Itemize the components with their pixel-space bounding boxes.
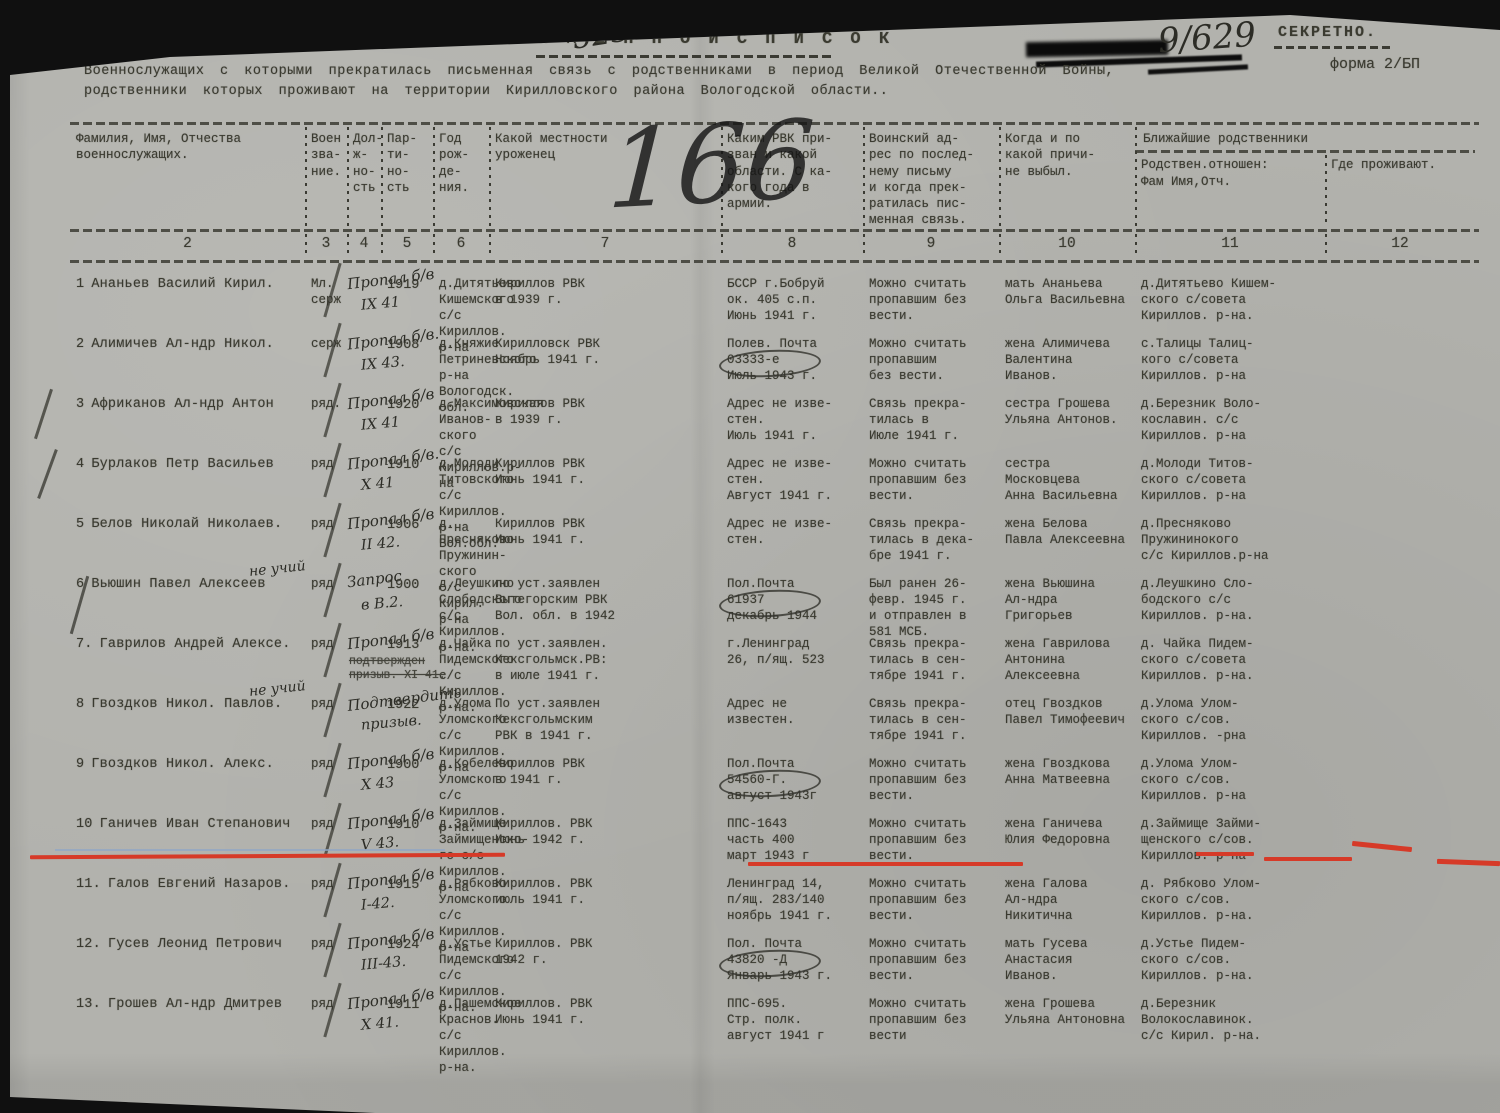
red-underline-mark [1196, 852, 1254, 856]
document-subtitle: Военнослужащих с которыми прекратилась п… [84, 62, 1114, 101]
table-rule [70, 260, 1479, 263]
row-number: 9 [76, 757, 84, 772]
crossed-out-text: призыв. XI 41. [349, 669, 378, 684]
col-header-name: Фамилия, Имя, Отчества военнослужащих. [70, 125, 305, 229]
soldier-name: Бурлаков Петр Васильев [91, 457, 274, 472]
relative-name: жена Грошева Ульяна Антоновна [999, 996, 1135, 1076]
relatives-group-title: Ближайшие родственники [1135, 125, 1475, 149]
table-row: 12.Гусев Леонид Петрович ряд Пропал б/в … [70, 936, 1479, 996]
row-number: 12. [76, 937, 101, 952]
soldier-name: Ананьев Василий Кирил. [91, 277, 274, 292]
red-underline-mark [748, 862, 1023, 866]
handwritten-date-note: IX 41 [360, 295, 379, 315]
table-row: 1Ананьев Василий Кирил. Мл. серж Пропал … [70, 276, 1479, 336]
col-header-relatives-group: Ближайшие родственники Родствен.отношен:… [1135, 125, 1475, 229]
military-address: ППС-695. Стр. полк. август 1941 г [721, 996, 863, 1076]
soldier-name: Ганичев Иван Степанович [100, 817, 291, 832]
pen-checkmark [34, 389, 53, 439]
column-number: 4 [347, 232, 381, 260]
casualty-status: Можно считать пропавшим без вести [863, 996, 999, 1076]
row-number: 4 [76, 457, 84, 472]
row-number: 3 [76, 397, 84, 412]
table-row: 11.Галов Евгений Назаров. ряд Пропал б/в… [70, 876, 1479, 936]
column-number: 10 [999, 232, 1135, 260]
handwritten-date-note: X 41. [360, 1015, 379, 1035]
page-title: И М Е Н Н О Й С П И С О К [538, 30, 893, 49]
soldier-name: Гусев Леонид Петрович [108, 937, 282, 952]
col-header-relative-residence: Где проживают. [1325, 153, 1475, 190]
column-number: 6 [433, 232, 489, 260]
col-header-address: Воинский ад- рес по послед- нему письму … [863, 125, 999, 229]
secrecy-underline [1274, 46, 1394, 49]
col-header-relative-name: Родствен.отношен: Фам Имя,Отч. [1135, 153, 1325, 190]
col-header-duty: Дол- ж- но- сть [347, 125, 381, 229]
blue-line-mark [55, 849, 445, 851]
col-header-departure: Когда и по какой причи- не выбыл. [999, 125, 1135, 229]
col-header-rank: Воен зва- ние. [305, 125, 347, 229]
column-number: 7 [489, 232, 721, 260]
row-number: 1 [76, 277, 84, 292]
handwritten-date-note: X 43 [360, 775, 379, 795]
soldier-name: Африканов Ал-ндр Антон [91, 397, 274, 412]
row-number: 11. [76, 877, 101, 892]
birthplace: д.Пашемское Краснов. с/с Кириллов. р-на. [433, 996, 489, 1076]
table-row: 6Вьюшин Павел Алексеев ряд не учий Запро… [70, 576, 1479, 636]
blacked-out-text [1026, 40, 1168, 57]
handwritten-case-number: 9/629 [1157, 15, 1258, 62]
column-number: 12 [1325, 232, 1475, 260]
handwritten-date-note: в В.2. [360, 595, 379, 615]
handwritten-date-note: IX 43. [360, 355, 379, 375]
form-number: форма 2/БП [1330, 56, 1420, 73]
soldier-name: Вьюшин Павел Алексеев [91, 577, 265, 592]
handwritten-date-note: III-43. [360, 955, 379, 975]
soldier-name: Галов Евгений Назаров. [108, 877, 291, 892]
handwritten-date-note: IX 41 [360, 415, 379, 435]
handwritten-page-number: 5236 [570, 10, 651, 57]
column-number: 3 [305, 232, 347, 260]
table-row: 13.Грошев Ал-ндр Дмитрев ряд Пропал б/в … [70, 996, 1479, 1056]
drafted-by-rvk: Кириллов. РВК Июнь 1941 г. [489, 996, 721, 1076]
secrecy-stamp: СЕКРЕТНО. [1278, 24, 1377, 41]
scanned-document: { "page": { "handwritten_page_number": "… [0, 0, 1500, 1113]
row-number: 7. [76, 637, 93, 652]
big-handwritten-mark: 166 [605, 106, 817, 225]
handwritten-date-note: X 41 [360, 475, 379, 495]
row-number: 13. [76, 997, 101, 1012]
table-row: 4Бурлаков Петр Васильев ряд Пропал б/в. … [70, 456, 1479, 516]
column-numbers-row: 2 3 4 5 6 7 8 9 10 11 12 [70, 232, 1479, 260]
col-header-birth-year: Год рож- де- ния. [433, 125, 489, 229]
table-row: 3Африканов Ал-ндр Антон ряд. Пропал б/в … [70, 396, 1479, 456]
soldier-name: Белов Николай Николаев. [91, 517, 282, 532]
pen-checkmark [37, 449, 58, 499]
crossed-out-text: подтвержден [349, 655, 378, 670]
pen-underline-stroke [1148, 64, 1248, 74]
soldier-name: Гвоздков Никол. Алекс. [91, 757, 274, 772]
table-body: 1Ананьев Василий Кирил. Мл. серж Пропал … [70, 276, 1479, 1056]
table-row: 8Гвоздков Никол. Павлов. ряд не учий Под… [70, 696, 1479, 756]
soldier-name: Гаврилов Андрей Алексе. [100, 637, 291, 652]
roster-table: Фамилия, Имя, Отчества военнослужащих. В… [70, 122, 1479, 1056]
title-underline [536, 55, 834, 58]
row-number: 2 [76, 337, 84, 352]
column-number: 11 [1135, 232, 1325, 260]
column-number: 8 [721, 232, 863, 260]
col-header-party: Пар- ти- но- сть [381, 125, 433, 229]
column-number: 5 [381, 232, 433, 260]
row-number: 10 [76, 817, 93, 832]
column-number: 9 [863, 232, 999, 260]
relative-residence: д.Березник Волокославинок. с/с Кирил. р-… [1135, 996, 1325, 1076]
red-underline-mark [1264, 857, 1352, 861]
soldier-name: Грошев Ал-ндр Дмитрев [108, 997, 282, 1012]
column-number: 2 [70, 232, 305, 260]
handwritten-date-note: призыв. [360, 715, 379, 735]
table-row: 2Алимичев Ал-ндр Никол. серж Пропал б/в.… [70, 336, 1479, 396]
table-row: 9Гвоздков Никол. Алекс. ряд Пропал б/в X… [70, 756, 1479, 816]
scanned-document-page: 5236 И М Е Н Н О Й С П И С О К 9/629 СЕК… [0, 0, 1500, 1113]
handwritten-date-note: I-42. [360, 895, 379, 915]
soldier-name: Алимичев Ал-ндр Никол. [91, 337, 274, 352]
handwritten-date-note: II 42. [360, 535, 379, 555]
row-number: 5 [76, 517, 84, 532]
table-row: 10Ганичев Иван Степанович ряд Пропал б/в… [70, 816, 1479, 876]
handwritten-date-note: V 43. [360, 835, 379, 855]
row-number: 8 [76, 697, 84, 712]
